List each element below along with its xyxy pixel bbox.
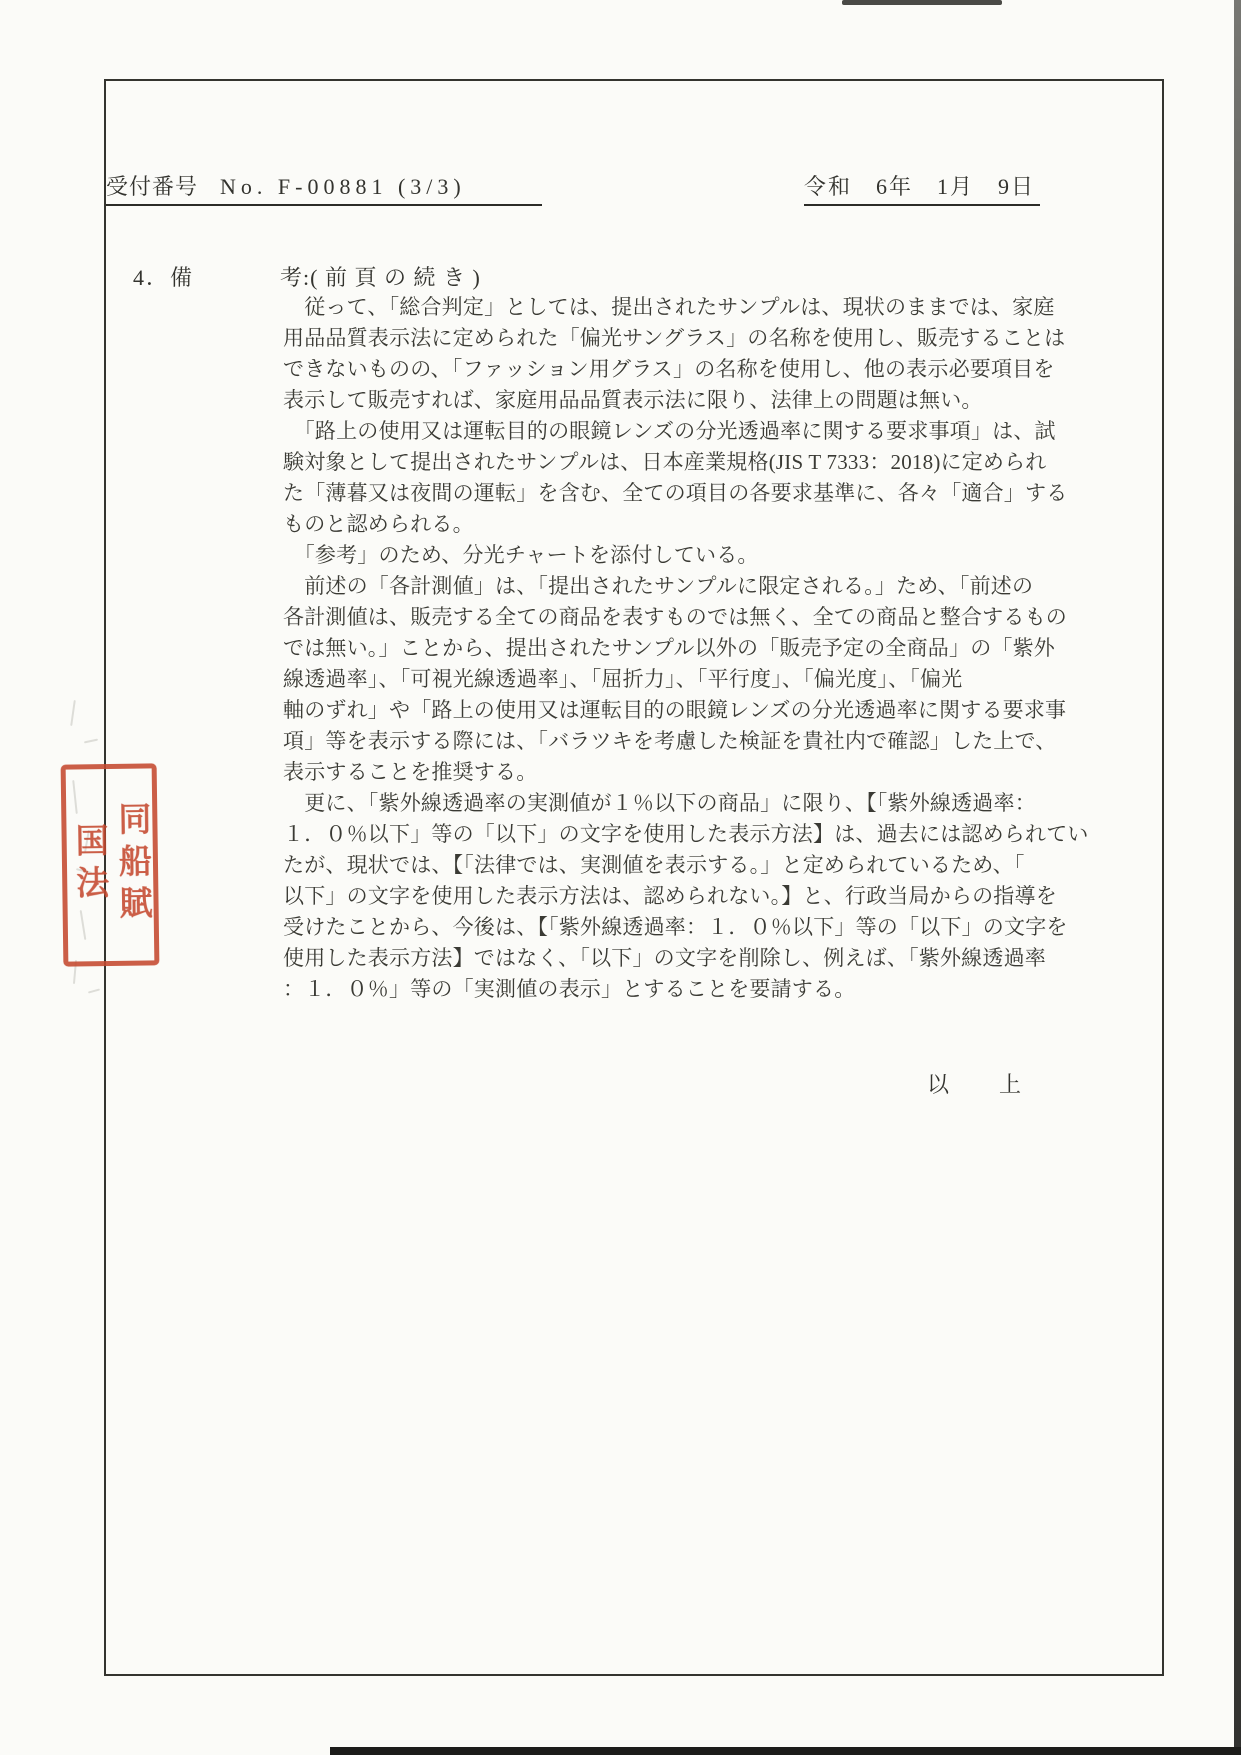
body-line: できないものの、「ファッション用グラス」の名称を使用し、他の表示必要項目を [283, 354, 1043, 385]
body-line: 更に、「紫外線透過率の実測値が１％以下の商品」に限り、【「紫外線透過率： [283, 788, 1043, 819]
body-line: では無い。」ことから、提出されたサンプル以外の「販売予定の全商品」の「紫外 [283, 633, 1043, 664]
body-line: 以下」の文字を使用した表示方法は、認められない。】と、行政当局からの指導を [283, 881, 1043, 912]
body-line: ものと認められる。 [283, 509, 1043, 540]
body-line: 使用した表示方法】ではなく、「以下」の文字を削除し、例えば、「紫外線透過率 [283, 943, 1043, 974]
body-line: 「参考」のため、分光チャートを添付している。 [283, 540, 1043, 571]
section-heading-number: 4．備 [133, 261, 194, 292]
body-line: 験対象として提出されたサンプルは、日本産業規格(JIS T 7333：2018)… [283, 447, 1043, 478]
scan-artifact-top-smudge [842, 0, 1002, 5]
body-line: 軸のずれ」や「路上の使用又は運転目的の眼鏡レンズの分光透過率に関する要求事 [283, 695, 1043, 726]
body-line: 用品品質表示法に定められた「偏光サングラス」の名称を使用し、販売することは [283, 323, 1043, 354]
body-line: たが、現状では、【「法律では、実測値を表示する。」と定められているため、「 [283, 850, 1043, 881]
receipt-number-value: No. F-00881 (3/3) [220, 174, 466, 199]
scan-artifact-bottom-band [330, 1747, 1241, 1755]
body-line: ：１．０％」等の「実測値の表示」とすることを要請する。 [283, 974, 1043, 1005]
body-line: 線透過率」、「可視光線透過率」、「屈折力」、「平行度」、「偏光度」、「偏光 [283, 664, 1043, 695]
body-line: た「薄暮又は夜間の運転」を含む、全ての項目の各要求基準に、各々「適合」する [283, 478, 1043, 509]
red-seal-stamp: 同船賦 国法 [61, 763, 160, 966]
document-date: 令和 6年 1月 9日 [804, 170, 1040, 206]
scanned-document-page: 受付番号No. F-00881 (3/3) 令和 6年 1月 9日 4．備 考:… [0, 0, 1241, 1755]
receipt-number: 受付番号No. F-00881 (3/3) [106, 170, 542, 206]
scan-artifact-right-strip [1234, 0, 1241, 1755]
body-line: 項」等を表示する際には、「バラツキを考慮した検証を貴社内で確認」した上で、 [283, 726, 1043, 757]
body-line: 各計測値は、販売する全ての商品を表すものでは無く、全ての商品と整合するもの [283, 602, 1043, 633]
body-line: １．０％以下」等の「以下」の文字を使用した表示方法】は、過去には認められてい [283, 819, 1043, 850]
receipt-number-label: 受付番号 [106, 174, 198, 199]
section-heading-title: 考:( 前 頁 の 続 き ) [280, 261, 481, 292]
body-line: 受けたことから、今後は、【「紫外線透過率：１．０％以下」等の「以下」の文字を [283, 912, 1043, 943]
body-line: 前述の「各計測値」は、「提出されたサンプルに限定される。」ため、「前述の [283, 571, 1043, 602]
red-seal-stamp-glyphs-left: 国法 [71, 823, 105, 907]
body-line: 従って、「総合判定」としては、提出されたサンプルは、現状のままでは、家庭 [283, 292, 1043, 323]
body-line: 「路上の使用又は運転目的の眼鏡レンズの分光透過率に関する要求事項」は、試 [283, 416, 1043, 447]
closing-mark: 以 上 [927, 1068, 1023, 1099]
remarks-body-text: 従って、「総合判定」としては、提出されたサンプルは、現状のままでは、家庭用品品質… [283, 292, 1043, 1005]
red-seal-stamp-glyphs-right: 同船賦 [114, 801, 149, 927]
body-line: 表示することを推奨する。 [283, 757, 1043, 788]
body-line: 表示して販売すれば、家庭用品品質表示法に限り、法律上の問題は無い。 [283, 385, 1043, 416]
